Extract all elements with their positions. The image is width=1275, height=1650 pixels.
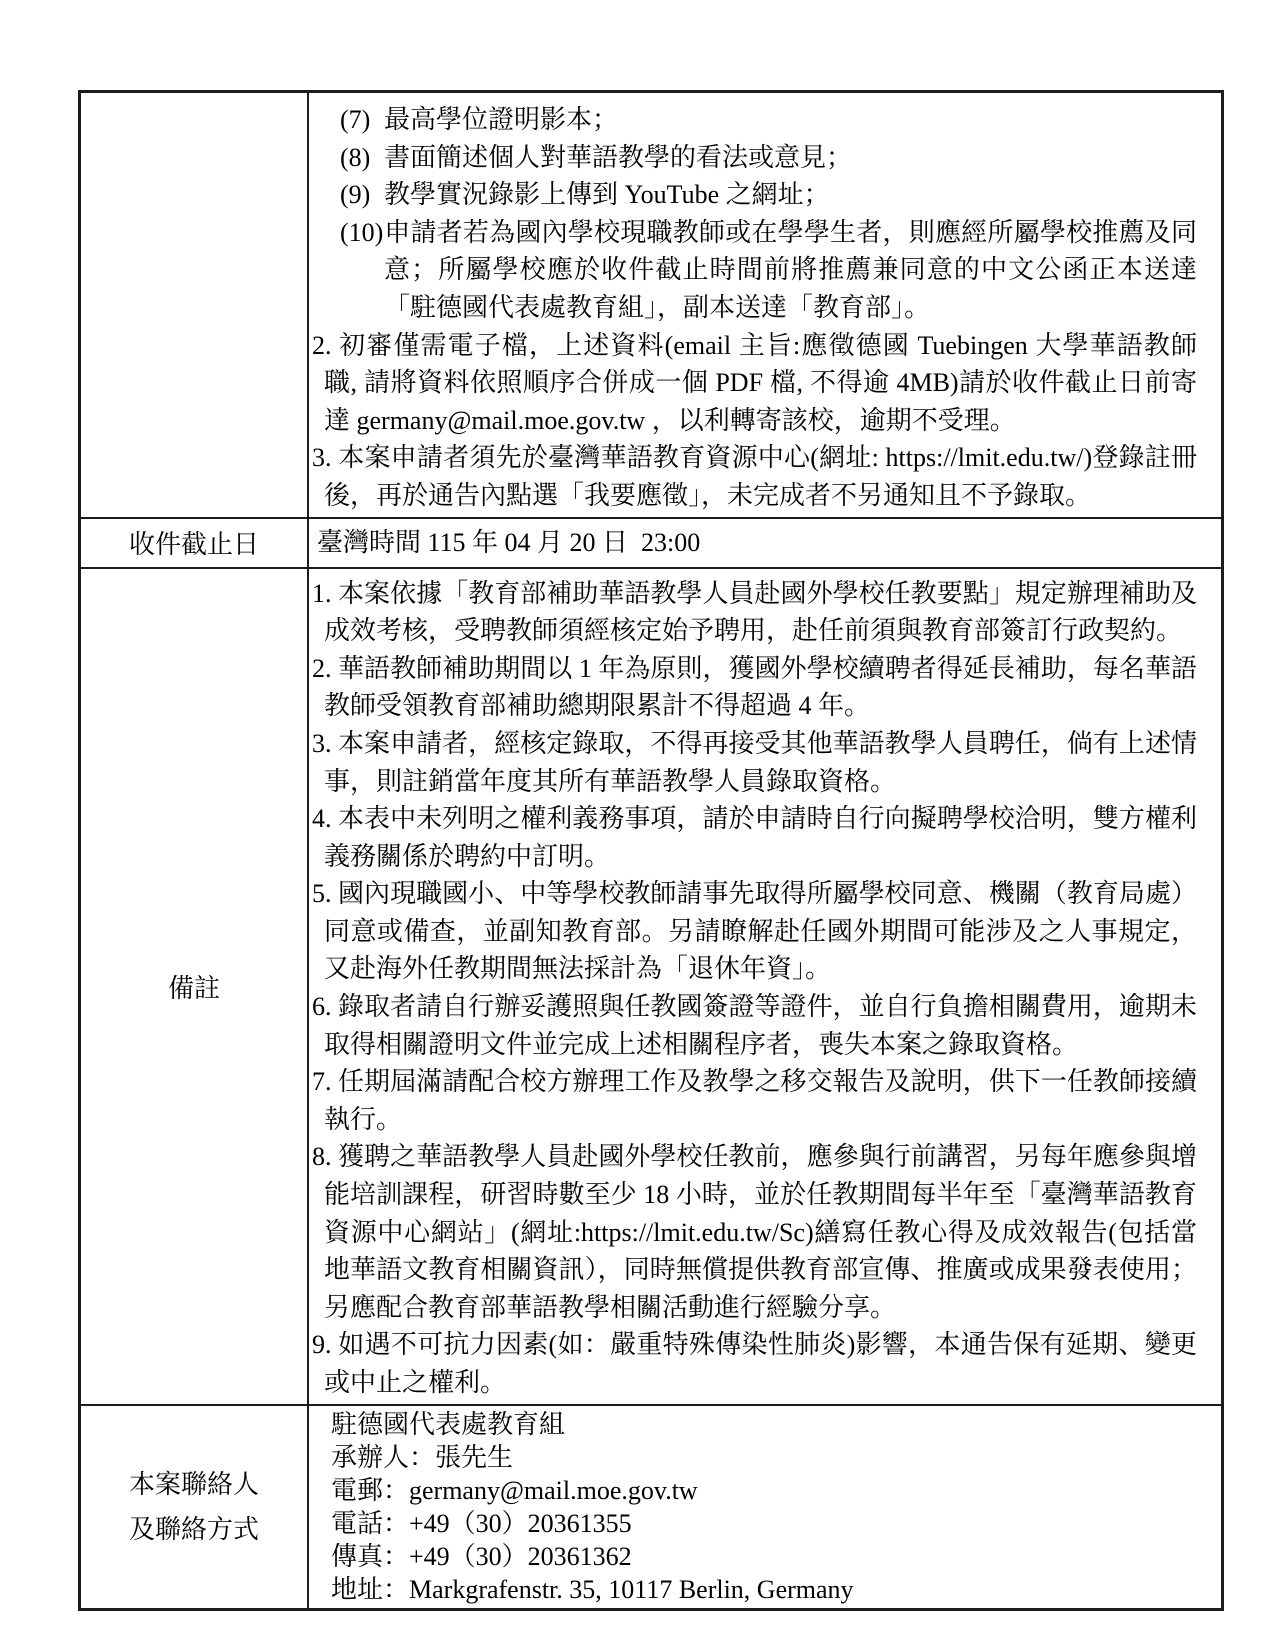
- document-page: (7)最高學位證明影本； (8)書面簡述個人對華語教學的看法或意見； (9)教學…: [0, 0, 1275, 1650]
- item-marker: (10): [340, 214, 384, 252]
- list-item: 8.獲聘之華語教學人員赴國外學校任教前，應參與行前講習，另每年應參與增能培訓課程…: [312, 1138, 1197, 1326]
- item-text: 本表中未列明之權利義務事項，請於申請時自行向擬聘學校洽明，雙方權利義務關係於聘約…: [324, 804, 1197, 871]
- item-text: 書面簡述個人對華語教學的看法或意見；: [384, 143, 852, 172]
- contact-phone: 電話：+49（30）20361355: [331, 1507, 1211, 1540]
- list-item: (8)書面簡述個人對華語教學的看法或意見；: [340, 139, 1197, 177]
- item-text: 教學實況錄影上傳到 YouTube 之網址；: [384, 180, 830, 209]
- item-marker: (9): [340, 176, 384, 214]
- item-text: 本案申請者須先於臺灣華語教育資源中心(網址: https://lmit.edu.…: [324, 443, 1197, 510]
- table-row-contact: 本案聯絡人 及聯絡方式 駐德國代表處教育組 承辦人：張先生 電郵：germany…: [80, 1405, 1223, 1610]
- item-text: 錄取者請自行辦妥護照與任教國簽證等證件，並自行負擔相關費用，逾期未取得相關證明文…: [324, 992, 1197, 1059]
- remarks-content: 1.本案依據「教育部補助華語教學人員赴國外學校任教要點」規定辦理補助及成效考核，…: [308, 568, 1223, 1405]
- contact-address: 地址：Markgrafenstr. 35, 10117 Berlin, Germ…: [331, 1573, 1211, 1606]
- item-marker: 6.: [312, 988, 338, 1026]
- item-marker: 2.: [312, 327, 338, 365]
- row-label-cell-empty: [80, 92, 309, 518]
- list-item: (7)最高學位證明影本；: [340, 101, 1197, 139]
- list-item: 5.國內現職國小、中等學校教師請事先取得所屬學校同意、機關（教育局處）同意或備查…: [312, 875, 1197, 988]
- item-marker: 3.: [312, 725, 338, 763]
- item-marker: 8.: [312, 1138, 338, 1176]
- item-marker: (8): [340, 139, 384, 177]
- table-row-remarks: 備註 1.本案依據「教育部補助華語教學人員赴國外學校任教要點」規定辦理補助及成效…: [80, 568, 1223, 1405]
- contact-org: 駐德國代表處教育組: [331, 1408, 1211, 1441]
- announcement-table: (7)最高學位證明影本； (8)書面簡述個人對華語教學的看法或意見； (9)教學…: [78, 90, 1224, 1611]
- item-marker: 4.: [312, 800, 338, 838]
- list-item: 7.任期屆滿請配合校方辦理工作及教學之移交報告及說明，供下一任教師接續執行。: [312, 1063, 1197, 1138]
- item-text: 本案申請者，經核定錄取，不得再接受其他華語教學人員聘任，倘有上述情事，則註銷當年…: [324, 729, 1197, 796]
- remarks-label: 備註: [80, 568, 309, 1405]
- contact-label-line: 本案聯絡人: [85, 1462, 303, 1507]
- contact-fax: 傳真：+49（30）20361362: [331, 1540, 1211, 1573]
- item-marker: 7.: [312, 1063, 338, 1101]
- item-marker: 5.: [312, 875, 338, 913]
- item-text: 初審僅需電子檔，上述資料(email 主旨:應徵德國 Tuebingen 大學華…: [324, 331, 1197, 435]
- application-materials-content: (7)最高學位證明影本； (8)書面簡述個人對華語教學的看法或意見； (9)教學…: [308, 92, 1223, 518]
- list-item: 2.初審僅需電子檔，上述資料(email 主旨:應徵德國 Tuebingen 大…: [312, 327, 1197, 440]
- list-item: (9)教學實況錄影上傳到 YouTube 之網址；: [340, 176, 1197, 214]
- list-item: 4.本表中未列明之權利義務事項，請於申請時自行向擬聘學校洽明，雙方權利義務關係於…: [312, 800, 1197, 875]
- item-marker: 3.: [312, 439, 338, 477]
- list-item: 6.錄取者請自行辦妥護照與任教國簽證等證件，並自行負擔相關費用，逾期未取得相關證…: [312, 988, 1197, 1063]
- deadline-text: 臺灣時間 115 年 04 月 20 日 23:00: [312, 521, 1197, 565]
- deadline-content: 臺灣時間 115 年 04 月 20 日 23:00: [308, 518, 1223, 568]
- list-item: 3.本案申請者須先於臺灣華語教育資源中心(網址: https://lmit.ed…: [312, 439, 1197, 514]
- contact-label: 本案聯絡人 及聯絡方式: [80, 1405, 309, 1610]
- item-marker: (7): [340, 101, 384, 139]
- list-item: 3.本案申請者，經核定錄取，不得再接受其他華語教學人員聘任，倘有上述情事，則註銷…: [312, 725, 1197, 800]
- table-row-deadline: 收件截止日 臺灣時間 115 年 04 月 20 日 23:00: [80, 518, 1223, 568]
- item-text: 國內現職國小、中等學校教師請事先取得所屬學校同意、機關（教育局處）同意或備查，並…: [324, 879, 1197, 983]
- list-item: 2.華語教師補助期間以 1 年為原則，獲國外學校續聘者得延長補助，每名華語教師受…: [312, 650, 1197, 725]
- contact-email: 電郵：germany@mail.moe.gov.tw: [331, 1474, 1211, 1507]
- list-item: 1.本案依據「教育部補助華語教學人員赴國外學校任教要點」規定辦理補助及成效考核，…: [312, 575, 1197, 650]
- item-text: 華語教師補助期間以 1 年為原則，獲國外學校續聘者得延長補助，每名華語教師受領教…: [324, 654, 1197, 721]
- item-text: 任期屆滿請配合校方辦理工作及教學之移交報告及說明，供下一任教師接續執行。: [324, 1067, 1197, 1134]
- item-text: 最高學位證明影本；: [384, 105, 618, 134]
- contact-content: 駐德國代表處教育組 承辦人：張先生 電郵：germany@mail.moe.go…: [308, 1405, 1223, 1610]
- deadline-label: 收件截止日: [80, 518, 309, 568]
- contact-person: 承辦人：張先生: [331, 1441, 1211, 1474]
- item-text: 本案依據「教育部補助華語教學人員赴國外學校任教要點」規定辦理補助及成效考核，受聘…: [324, 579, 1197, 646]
- item-text: 如遇不可抗力因素(如：嚴重特殊傳染性肺炎)影響，本通告保有延期、變更或中止之權利…: [324, 1330, 1197, 1397]
- item-text: 申請者若為國內學校現職教師或在學學生者，則應經所屬學校推薦及同意；所屬學校應於收…: [384, 218, 1197, 322]
- item-text: 獲聘之華語教學人員赴國外學校任教前，應參與行前講習，另每年應參與增能培訓課程，研…: [324, 1142, 1197, 1321]
- item-marker: 1.: [312, 575, 338, 613]
- list-item: (10)申請者若為國內學校現職教師或在學學生者，則應經所屬學校推薦及同意；所屬學…: [340, 214, 1197, 327]
- contact-label-line: 及聯絡方式: [85, 1507, 303, 1552]
- item-marker: 9.: [312, 1326, 338, 1364]
- table-row-application-materials: (7)最高學位證明影本； (8)書面簡述個人對華語教學的看法或意見； (9)教學…: [80, 92, 1223, 518]
- item-marker: 2.: [312, 650, 338, 688]
- list-item: 9.如遇不可抗力因素(如：嚴重特殊傳染性肺炎)影響，本通告保有延期、變更或中止之…: [312, 1326, 1197, 1401]
